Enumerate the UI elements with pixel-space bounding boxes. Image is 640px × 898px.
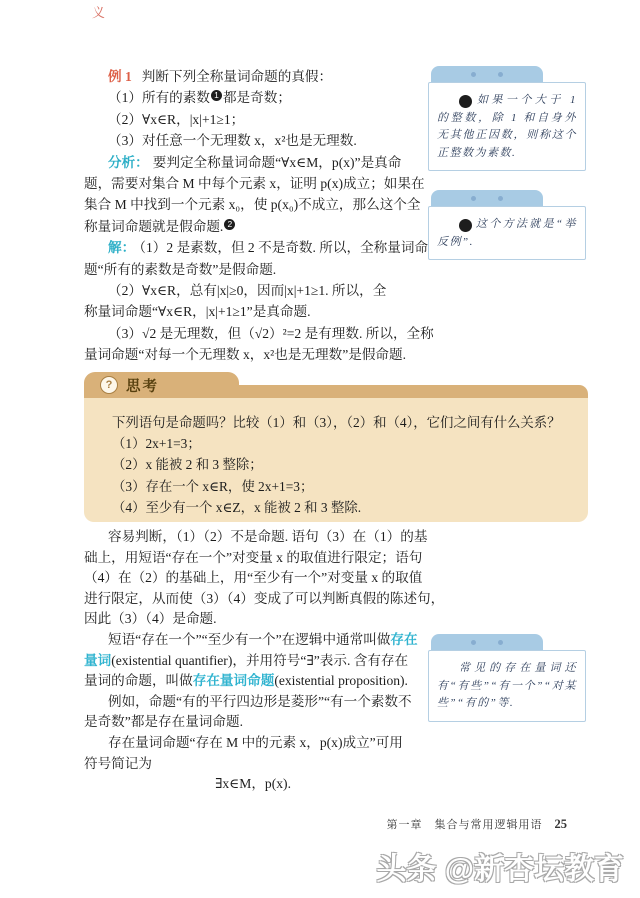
think-item-1: （1）2x+1=3； [112, 433, 572, 454]
think-tab-strip [234, 385, 588, 398]
solution-line-1: 解：（1）2 是素数，但 2 不是奇数. 所以，全称量词命 [84, 237, 422, 258]
think-item-3: （3）存在一个 x∈R，使 2x+1=3； [112, 476, 572, 497]
watermark: 头条 @新杏坛教育 [376, 844, 624, 888]
textbook-page: 义 例 1判断下列全称量词命题的真假： （1）所有的素数1都是奇数； （2）∀x… [0, 0, 640, 898]
para-def-line-2: 量词(existential quantifier)，并用符号“∃”表示. 含有… [84, 651, 422, 672]
analysis-text-1: 要判定全称量词命题“∀x∈M，p(x)”是真命 [153, 155, 402, 170]
analysis-line-3: 集合 M 中找到一个元素 x₀，使 p(x₀)不成立，那么这个全 [84, 194, 422, 215]
think-item-4: （4）至少有一个 x∈Z，x 能被 2 和 3 整除. [112, 497, 572, 518]
corner-annotation: 义 [92, 2, 105, 21]
para-example-line-1: 例如，命题“有的平行四边形是菱形”“有一个素数不 [84, 692, 422, 713]
discussion-section: 容易判断，（1）（2）不是命题. 语句（3）在（1）的基 础上，用短语“存在一个… [84, 527, 422, 795]
para-def-line-1: 短语“存在一个”“至少有一个”在逻辑中通常叫做存在 [84, 630, 422, 651]
think-box: ? 思考 下列语句是命题吗？比较（1）和（3），（2）和（4），它们之间有什么关… [84, 372, 588, 522]
term-existential-quantifier-part1: 存在 [390, 632, 417, 647]
note-2-text: 这个方法就是“举反例”. [437, 218, 577, 248]
think-item-2: （2）x 能被 2 和 3 整除； [112, 454, 572, 475]
para-notation-line-1: 存在量词命题“存在 M 中的元素 x，p(x)成立”可用 [84, 733, 422, 754]
def-text-1: 短语“存在一个”“至少有一个”在逻辑中通常叫做 [108, 632, 390, 647]
formula-existential: ∃x∈M，p(x). [84, 774, 422, 795]
example-item-1: （1）所有的素数1都是奇数； [84, 87, 422, 108]
para-judge-line-1: 容易判断，（1）（2）不是命题. 语句（3）在（1）的基 [84, 527, 422, 548]
solution-label: 解： [108, 240, 135, 255]
note-hole-icon [498, 640, 503, 645]
note-2-body: 2这个方法就是“举反例”. [428, 206, 586, 260]
think-box-body: 下列语句是命题吗？比较（1）和（3），（2）和（4），它们之间有什么关系？ （1… [84, 398, 588, 522]
example-item-1-text: （1）所有的素数 [108, 90, 210, 105]
solution-line-2: 题“所有的素数是奇数”是假命题. [84, 259, 422, 280]
example-label: 例 1 [108, 69, 132, 84]
note-3-tab [431, 634, 543, 650]
solution-line-5: （3）√2 是无理数，但（√2）²=2 是有理数. 所以，全称 [84, 323, 422, 344]
analysis-label: 分析： [108, 155, 149, 170]
example-item-2: （2）∀x∈R，|x|+1≥1； [84, 109, 422, 130]
para-judge-line-3: （4）在（2）的基础上，用“至少有一个”对变量 x 的取值 [84, 568, 422, 589]
para-judge-line-5: 因此（3）（4）是命题. [84, 609, 422, 630]
para-judge-line-2: 础上，用短语“存在一个”对变量 x 的取值进行限定；语句 [84, 548, 422, 569]
analysis-line-1: 分析：要判定全称量词命题“∀x∈M，p(x)”是真命 [84, 152, 422, 173]
note-1-number: 1 [459, 95, 472, 108]
term-existential-quantifier-part2: 量词 [84, 653, 111, 668]
note-1-tab [431, 66, 543, 82]
note-3-body: 常见的存在量词还有“有些”“有一个”“对某些”“有的”等. [428, 650, 586, 722]
analysis-line-4: 称量词命题就是假命题.2 [84, 216, 422, 237]
chapter-title: 第一章 集合与常用逻辑用语 [387, 819, 543, 831]
note-2-number: 2 [459, 219, 472, 232]
para-notation-line-2: 符号简记为 [84, 754, 422, 775]
analysis-text-4: 称量词命题就是假命题. [84, 219, 223, 234]
solution-line-6: 量词命题“对每一个无理数 x，x²也是无理数”是假命题. [84, 344, 422, 365]
side-note-1: 1如果一个大于 1 的整数，除 1 和自身外无其他正因数，则称这个正整数为素数. [428, 66, 586, 171]
page-footer: 第一章 集合与常用逻辑用语25 [387, 816, 568, 832]
think-intro: 下列语句是命题吗？比较（1）和（3），（2）和（4），它们之间有什么关系？ [112, 412, 572, 433]
example-title-line: 例 1判断下列全称量词命题的真假： [84, 66, 422, 87]
para-judge-line-4: 进行限定，从而使（3）（4）变成了可以判断真假的陈述句， [84, 589, 422, 610]
note-hole-icon [471, 72, 476, 77]
example-item-1-tail: 都是奇数； [223, 90, 291, 105]
footnote-marker-2: 2 [224, 219, 235, 230]
def-text-2: (existential quantifier)，并用符号“∃”表示. 含有存在 [111, 653, 408, 668]
para-example-line-2: 是奇数”都是存在量词命题. [84, 712, 422, 733]
example-1-section: 例 1判断下列全称量词命题的真假： （1）所有的素数1都是奇数； （2）∀x∈R… [84, 66, 422, 365]
def-text-3b: (existential proposition). [274, 673, 408, 688]
note-hole-icon [471, 196, 476, 201]
side-note-3: 常见的存在量词还有“有些”“有一个”“对某些”“有的”等. [428, 634, 586, 722]
side-note-2: 2这个方法就是“举反例”. [428, 190, 586, 260]
note-hole-icon [498, 72, 503, 77]
note-hole-icon [471, 640, 476, 645]
note-2-tab [431, 190, 543, 206]
note-1-body: 1如果一个大于 1 的整数，除 1 和自身外无其他正因数，则称这个正整数为素数. [428, 82, 586, 171]
think-tab-label: 思考 [126, 375, 159, 396]
think-tab: ? 思考 [84, 372, 239, 398]
solution-line-3: （2）∀x∈R，总有|x|≥0，因而|x|+1≥1. 所以，全 [84, 280, 422, 301]
footnote-marker-1: 1 [211, 90, 222, 101]
note-1-text: 如果一个大于 1 的整数，除 1 和自身外无其他正因数，则称这个正整数为素数. [437, 94, 577, 159]
solution-line-4: 称量词命题“∀x∈R，|x|+1≥1”是真命题. [84, 301, 422, 322]
def-text-3a: 量词的命题，叫做 [84, 673, 193, 688]
note-hole-icon [498, 196, 503, 201]
term-existential-proposition: 存在量词命题 [193, 673, 275, 688]
example-item-3: （3）对任意一个无理数 x，x²也是无理数. [84, 130, 422, 151]
note-3-text: 常见的存在量词还有“有些”“有一个”“对某些”“有的”等. [437, 662, 577, 709]
para-def-line-3: 量词的命题，叫做存在量词命题(existential proposition). [84, 671, 422, 692]
think-box-header: ? 思考 [84, 372, 588, 398]
question-icon: ? [100, 376, 118, 394]
solution-text-1: （1）2 是素数，但 2 不是奇数. 所以，全称量词命 [139, 240, 428, 255]
example-title: 判断下列全称量词命题的真假： [142, 69, 332, 84]
page-number: 25 [555, 817, 568, 831]
analysis-line-2: 题，需要对集合 M 中每个元素 x，证明 p(x)成立；如果在 [84, 173, 422, 194]
